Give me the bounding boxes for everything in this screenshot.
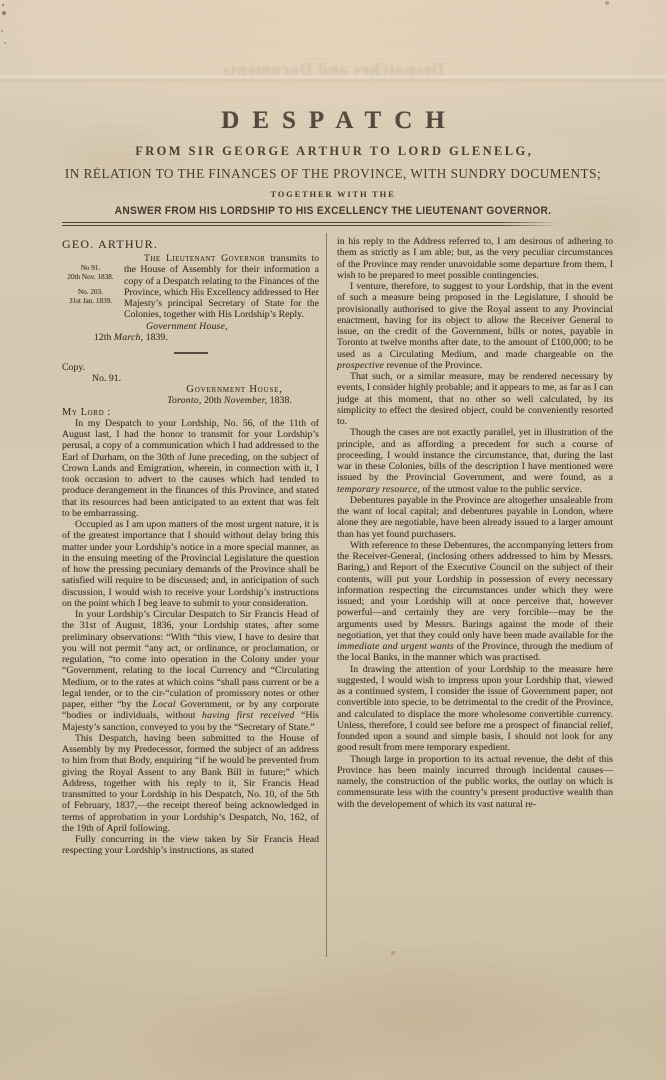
letter-paragraph: In your Lordship’s Circular Despatch to …	[62, 609, 319, 733]
margin-note-2-number: No. 203.	[62, 288, 119, 297]
letter-paragraph: With reference to these Debentures, the …	[337, 540, 613, 664]
section-divider-rule	[174, 352, 208, 354]
together-with-line: TOGETHER WITH THE	[40, 189, 626, 199]
header-double-rule	[62, 222, 560, 228]
right-column: in his reply to the Address referred to,…	[337, 236, 613, 810]
margin-note-2: No. 203. 31st Jan. 1839.	[62, 288, 119, 305]
bleedthrough-text: Despatches and Documents	[0, 60, 666, 80]
relation-line: IN RELATION TO THE FINANCES OF THE PROVI…	[40, 166, 626, 182]
letter-paragraph: In my Despatch to your Lordship, No. 56,…	[62, 418, 319, 519]
letter-paragraph: Though large in proportion to its actual…	[337, 754, 613, 810]
margin-note-1: No 91. 20th Nov. 1838.	[62, 264, 119, 281]
letter-paragraph: This Despatch, having been submitted to …	[62, 733, 319, 834]
paper-edge-marks	[2, 4, 4, 6]
letter-paragraph: I venture, therefore, to suggest to your…	[337, 281, 613, 371]
from-to-line: FROM SIR GEORGE ARTHUR TO LORD GLENELG,	[40, 144, 626, 159]
transmittal-signature: GEO. ARTHUR.	[62, 237, 319, 251]
letter-date: Toronto, 20th November, 1838.	[62, 395, 319, 406]
letter-paragraph: Debentures payable in the Province are a…	[337, 495, 613, 540]
margin-notes: No 91. 20th Nov. 1838. No. 203. 31st Jan…	[62, 264, 124, 321]
margin-note-2-date: 31st Jan. 1839.	[62, 297, 119, 306]
copy-label: Copy.	[62, 362, 319, 373]
transmittal-place: Government House,	[62, 321, 319, 332]
letter-paragraph: That such, or a similar measure, may be …	[337, 371, 613, 427]
transmittal-text: The Lieutenant Governor transmits to the…	[124, 253, 319, 320]
document-header: DESPATCH FROM SIR GEORGE ARTHUR TO LORD …	[40, 107, 626, 217]
column-divider-rule	[326, 233, 327, 957]
transmittal-date: 12th March, 1839.	[62, 332, 319, 343]
copy-number: No. 91.	[62, 373, 319, 384]
salutation: My Lord :	[62, 407, 319, 418]
letter-paragraph: Fully concurring in the view taken by Si…	[62, 834, 319, 857]
transmittal-paragraph: No 91. 20th Nov. 1838. No. 203. 31st Jan…	[62, 253, 319, 321]
letter-paragraph: Occupied as I am upon matters of the mos…	[62, 519, 319, 609]
margin-note-1-number: No 91.	[62, 264, 119, 273]
despatch-title: DESPATCH	[40, 107, 626, 135]
margin-note-1-date: 20th Nov. 1838.	[62, 273, 119, 282]
letter-paragraph: In drawing the attention of your Lordshi…	[337, 664, 613, 754]
letter-paragraph: Though the cases are not exactly paralle…	[337, 427, 613, 495]
document-page: Despatches and Documents DESPATCH FROM S…	[0, 0, 666, 1080]
letter-place: Government House,	[62, 384, 319, 395]
answer-line: ANSWER FROM HIS LORDSHIP TO HIS EXCELLEN…	[40, 206, 626, 218]
letter-paragraph: in his reply to the Address referred to,…	[337, 236, 613, 281]
left-column: GEO. ARTHUR. No 91. 20th Nov. 1838. No. …	[62, 237, 319, 857]
